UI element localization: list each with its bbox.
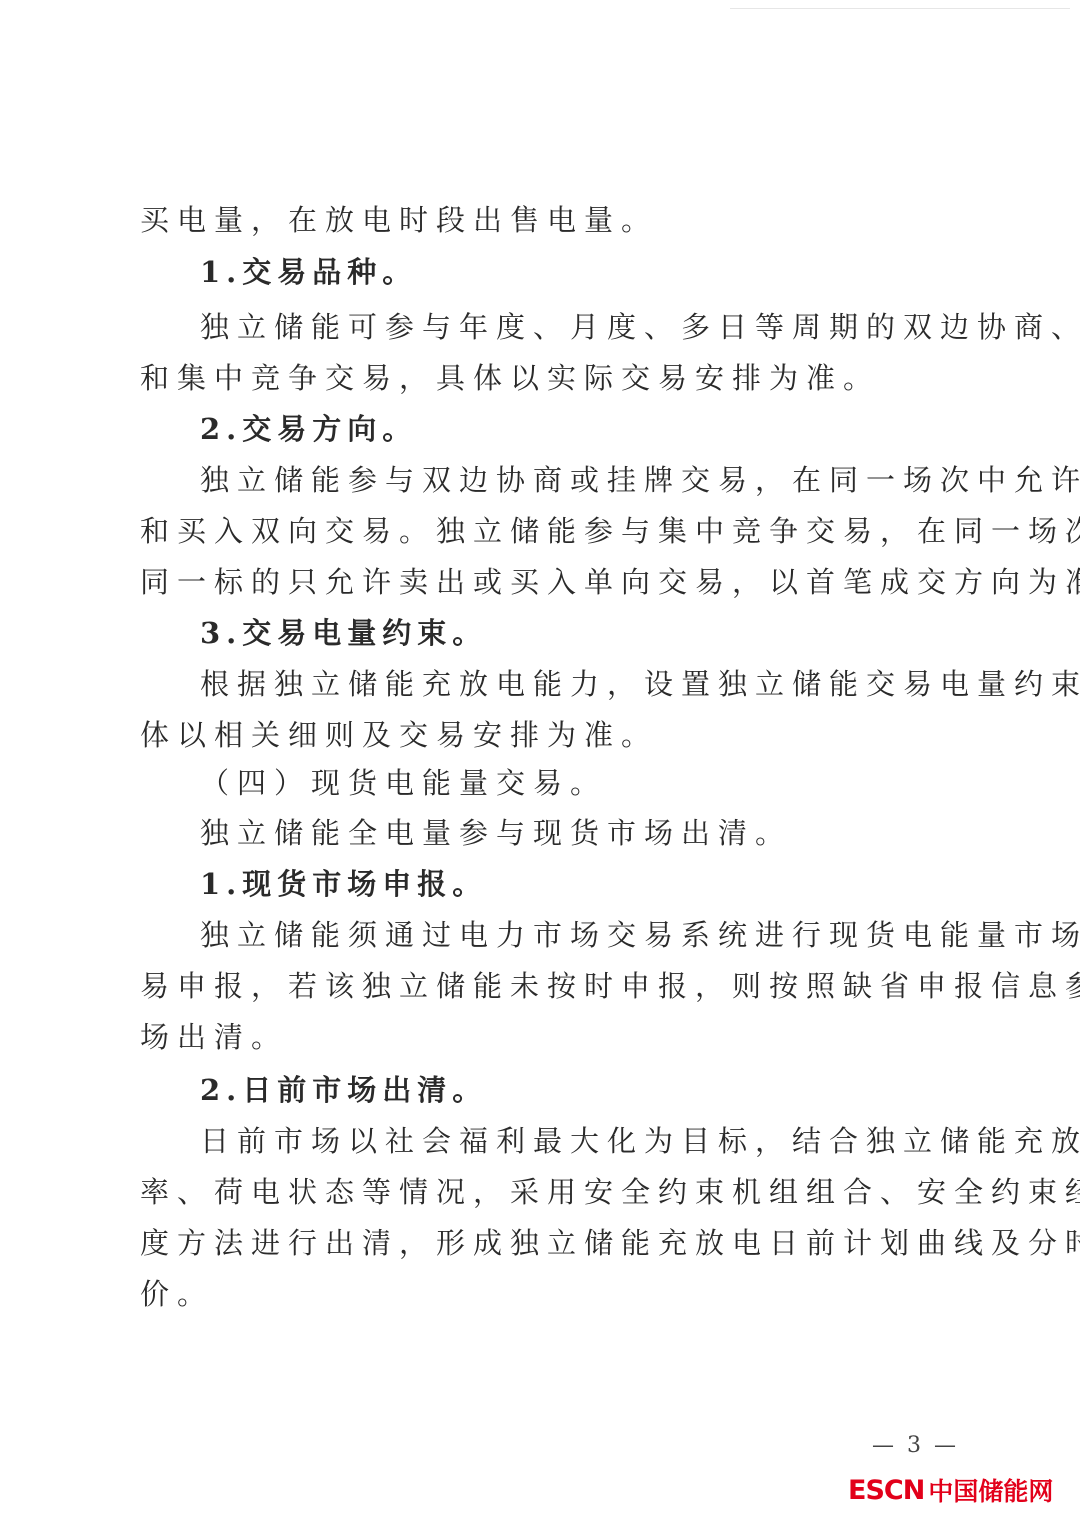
paragraph-line: 独立储能全电量参与现货市场出清。 <box>200 813 792 853</box>
logo-text-en: ESCN <box>848 1475 924 1506</box>
paragraph-line: 度方法进行出清，形成独立储能充放电日前计划曲线及分时电 <box>140 1223 1080 1263</box>
paragraph-line: 根据独立储能充放电能力，设置独立储能交易电量约束，具 <box>200 664 1080 704</box>
section-heading: 1.交易品种。 <box>200 252 417 292</box>
section-heading: 1.现货市场申报。 <box>200 864 487 904</box>
paragraph-line: 独立储能须通过电力市场交易系统进行现货电能量市场交 <box>200 915 1080 955</box>
paragraph-line: 独立储能可参与年度、月度、多日等周期的双边协商、挂牌 <box>200 307 1080 347</box>
logo-text-cn: 中国储能网 <box>928 1472 1053 1508</box>
escn-logo: ESCN 中国储能网 <box>848 1474 1053 1506</box>
paragraph-line: 价。 <box>140 1274 214 1314</box>
paragraph-line: 独立储能参与双边协商或挂牌交易，在同一场次中允许卖出 <box>200 460 1080 500</box>
paragraph-line: 和集中竞争交易，具体以实际交易安排为准。 <box>140 358 880 398</box>
section-heading: 2.交易方向。 <box>200 409 417 449</box>
section-heading: 3.交易电量约束。 <box>200 613 487 653</box>
paragraph-line: 日前市场以社会福利最大化为目标，结合独立储能充放电功 <box>200 1121 1080 1161</box>
paragraph-line: 和买入双向交易。独立储能参与集中竞争交易，在同一场次中对 <box>140 511 1080 551</box>
section-heading: 2.日前市场出清。 <box>200 1070 487 1110</box>
paragraph-line: 同一标的只允许卖出或买入单向交易，以首笔成交方向为准。 <box>140 562 1080 602</box>
paragraph-line: 易申报，若该独立储能未按时申报，则按照缺省申报信息参与市 <box>140 966 1080 1006</box>
page-number: — 3 — <box>872 1433 959 1458</box>
paragraph-line: 买电量，在放电时段出售电量。 <box>140 200 658 240</box>
top-divider <box>730 8 1070 9</box>
paragraph-line: 率、荷电状态等情况，采用安全约束机组组合、安全约束经济调 <box>140 1172 1080 1212</box>
paragraph-line: （四）现货电能量交易。 <box>200 763 607 803</box>
paragraph-line: 场出清。 <box>140 1017 288 1057</box>
paragraph-line: 体以相关细则及交易安排为准。 <box>140 715 658 755</box>
